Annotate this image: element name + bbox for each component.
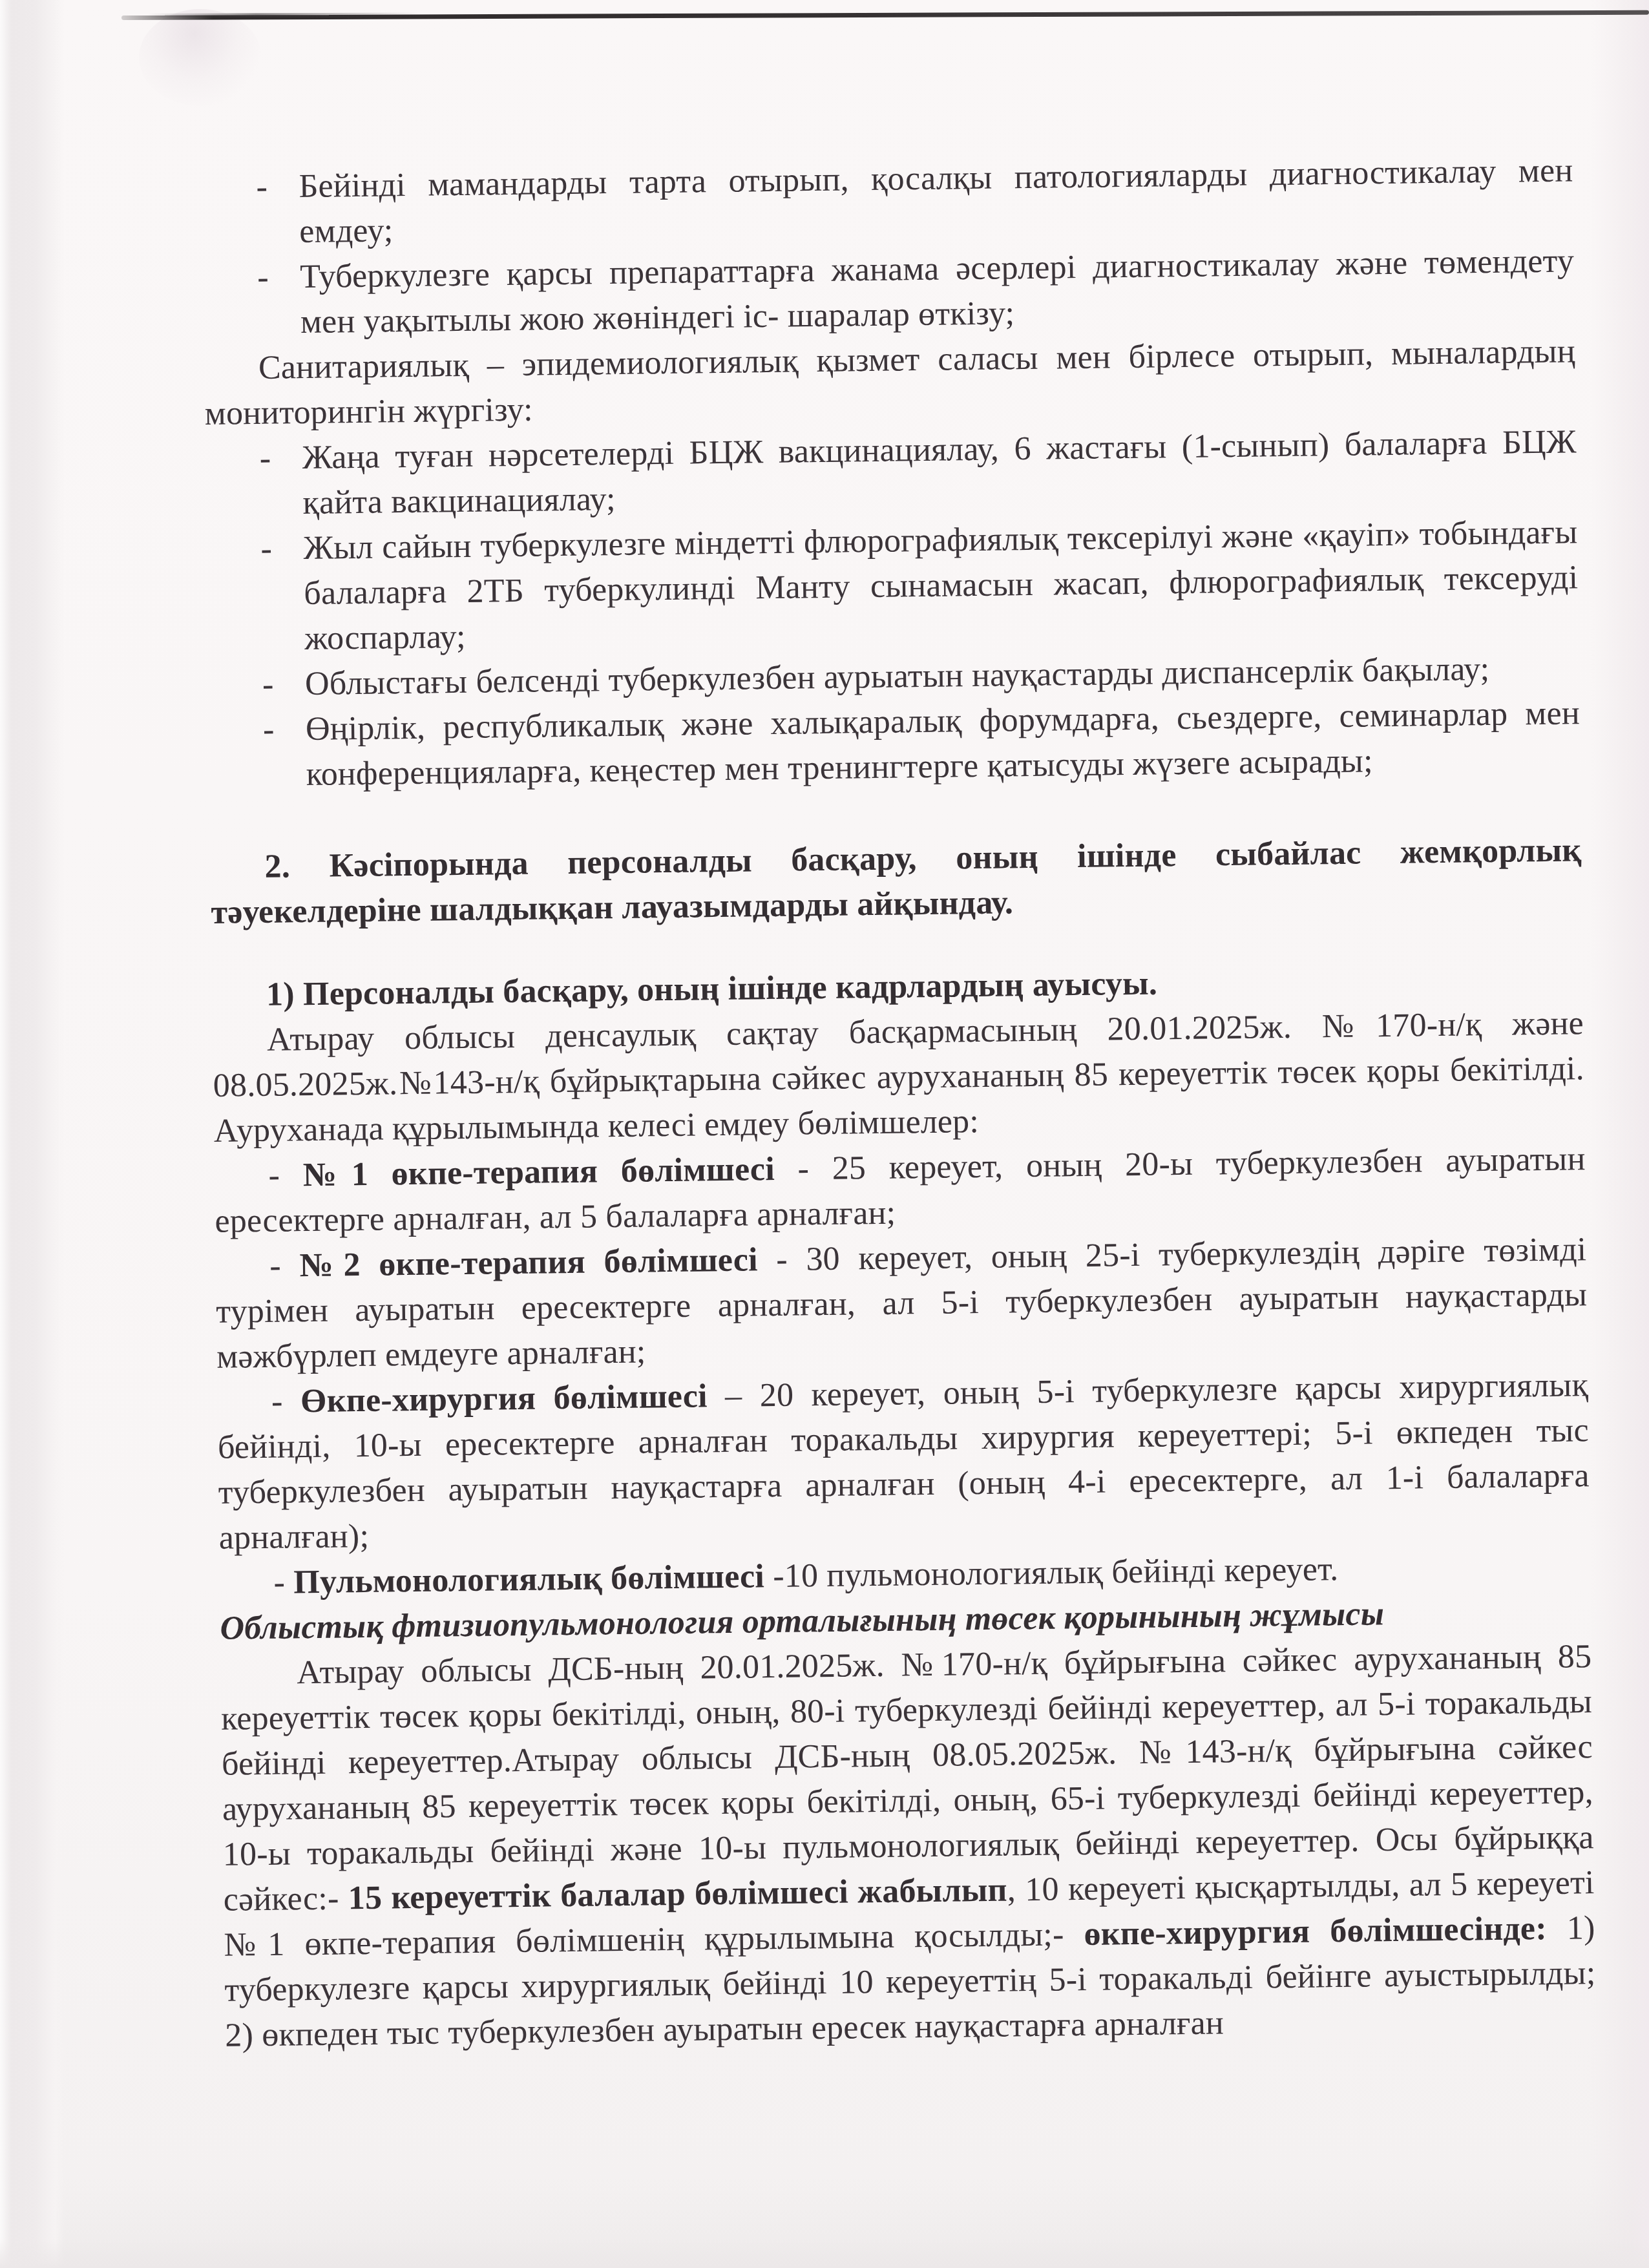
scan-right-edge-texture	[1591, 0, 1649, 2268]
document-paragraph: Санитариялық – эпидемиологиялық қызмет с…	[204, 329, 1577, 437]
document-paragraph: -Өңірлік, республикалық және халықаралық…	[209, 691, 1581, 799]
text-segment: өкпе-хирургия бөлімшесінде:	[1084, 1910, 1547, 1953]
bullet-dash: -	[256, 165, 268, 210]
document-paragraph: - Өкпе-хирургия бөлімшесі – 20 кереует, …	[217, 1363, 1590, 1561]
document-text: -Бейінді мамандарды тарта отырып, қосалқ…	[202, 148, 1597, 2058]
bullet-dash: -	[257, 255, 269, 300]
document-paragraph: -Жыл сайын туберкулезге міндетті флюрогр…	[206, 510, 1579, 663]
text-segment: -10 пульмонологиялық бейінді кереует.	[764, 1551, 1339, 1595]
document-paragraph: -Бейінді мамандарды тарта отырып, қосалқ…	[202, 148, 1574, 256]
text-segment: Жаңа туған нәрсетелерді БЦЖ вакцинацияла…	[302, 423, 1577, 521]
text-segment: -	[269, 1247, 300, 1285]
bullet-dash: -	[263, 708, 275, 753]
text-segment: Атырау облысы денсаулық сақтау басқармас…	[213, 1005, 1585, 1150]
text-segment: №1 өкпе-терапия бөлімшесі	[302, 1151, 775, 1193]
text-segment: 2. Кәсіпорында персоналды басқару, оның …	[211, 832, 1582, 931]
text-segment: Пульмонологиялық бөлімшесі	[293, 1558, 765, 1601]
text-segment: Өңірлік, республикалық және халықаралық …	[306, 695, 1581, 793]
document-paragraph: 2. Кәсіпорында персоналды басқару, оның …	[210, 828, 1582, 936]
document-paragraph: - №2 өкпе-терапия бөлімшесі - 30 кереует…	[215, 1227, 1588, 1380]
text-segment: Жыл сайын туберкулезге міндетті флюрогра…	[303, 514, 1578, 657]
scan-corner-artifact	[139, 9, 262, 106]
scan-bottom-edge-shadow	[0, 2238, 1649, 2268]
text-segment: -	[271, 1383, 301, 1420]
document-paragraph: Атырау облысы денсаулық сақтау басқармас…	[213, 1001, 1585, 1154]
bullet-dash: -	[262, 662, 274, 708]
scan-left-edge-shadow	[0, 0, 65, 2268]
bullet-dash: -	[259, 436, 271, 481]
document-paragraph: Атырау облысы ДСБ-ның 20.01.2025ж. №170-…	[220, 1634, 1597, 2059]
scanned-document-page: -Бейінді мамандарды тарта отырып, қосалқ…	[0, 0, 1649, 2268]
text-segment: Санитариялық – эпидемиологиялық қызмет с…	[204, 333, 1575, 432]
text-segment: №2 өкпе-терапия бөлімшесі	[299, 1241, 758, 1284]
text-segment: Туберкулезге қарсы препараттарға жанама …	[300, 242, 1575, 341]
text-segment: -	[268, 1157, 303, 1194]
document-paragraph: -Туберкулезге қарсы препараттарға жанама…	[203, 238, 1575, 346]
text-segment: 15 кереуеттік балалар бөлімшесі жабылып	[348, 1872, 1007, 1917]
bullet-dash: -	[260, 527, 272, 572]
text-segment: Бейінді мамандарды тарта отырып, қосалқы…	[299, 152, 1573, 250]
scan-top-edge-line	[121, 10, 1649, 20]
text-segment: Өкпе-хирургия бөлімшесі	[300, 1378, 708, 1420]
document-paragraph: -Жаңа туған нәрсетелерді БЦЖ вакцинациял…	[205, 419, 1577, 527]
text-segment: -	[273, 1564, 293, 1601]
document-paragraph: - №1 өкпе-терапия бөлімшесі - 25 кереует…	[214, 1137, 1586, 1244]
text-segment: 1) Персоналды басқару, оның ішінде кадрл…	[266, 965, 1158, 1013]
